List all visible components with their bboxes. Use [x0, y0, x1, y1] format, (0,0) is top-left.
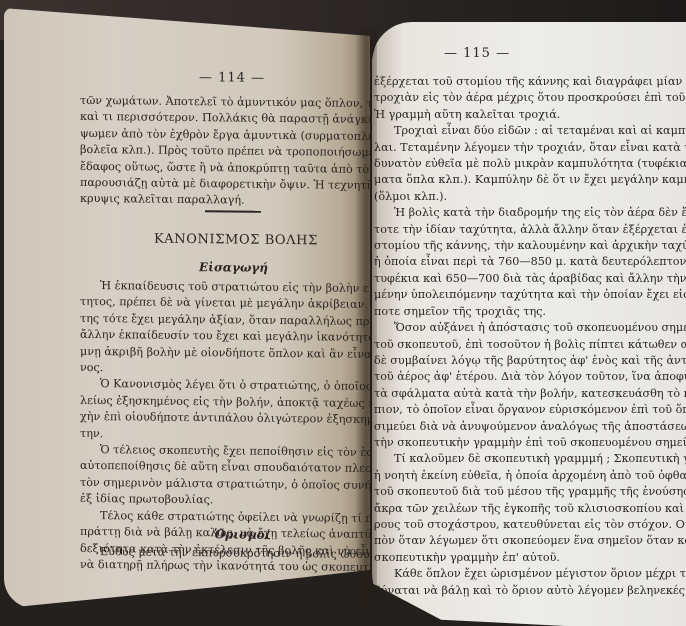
- text-line: τοῦ σκοπευτοῦ, ἐπὶ τοσοῦτον ἡ βολὶς πίπτ…: [374, 337, 644, 353]
- text-line: μνῃ ἀκριβῆ βολὴν μὲ οἱονδήποτε ὅπλον καὶ…: [80, 344, 370, 364]
- text-line: δύναται νὰ βάλῃ καὶ τὸ ὅριον αὐτὸ λέγομε…: [374, 583, 644, 599]
- text-line: δὲ συμβαίνει λόγῳ τῆς βαρύτητος ἀφ' ἑνὸς…: [374, 353, 644, 369]
- text-line: πὸν ὅταν λέγωμεν ὅτι σκοπεύομεν ἕνα σημε…: [374, 533, 644, 549]
- left-top-paragraph: τῶν χωμάτων. Ἀποτελεῖ τὸ ἀμυντικόν μας ὅ…: [80, 93, 370, 211]
- text-line: τοῦ ἀέρος ἀφ' ἑτέρου. Διὰ τὸν λόγον τοῦτ…: [374, 369, 644, 385]
- right-page-body: ἐξέρχεται τοῦ στομίου τῆς κάννης καὶ δια…: [374, 74, 644, 599]
- text-line: Εὐθὺς μετὰ τὴν ἐκπυρσοκρότησιν ἡ βολὶς ὠ…: [80, 544, 370, 564]
- section-divider: [205, 210, 261, 213]
- section-title: ΚΑΝΟΝΙΣΜΟΣ ΒΟΛΗΣ: [154, 232, 318, 249]
- text-line: Τροχιαὶ εἶναι δύο εἰδῶν : αἱ τεταμέναι κ…: [374, 123, 644, 139]
- text-line: σκοπευτικὴν γραμμὴν ἐπ' αὐτοῦ.: [374, 550, 644, 566]
- text-line: κρυψις καλεῖται παραλλαγή.: [80, 191, 370, 211]
- text-line: σιμεύει διὰ νὰ ἀνυψούμενον ἀναλόγως τῆς …: [374, 419, 644, 435]
- text-line: τὰ σφάλματα αὐτὰ κατὰ τὴν βολήν, κατεσκε…: [374, 386, 644, 402]
- subsection-title-introduction: Εἰσαγωγή: [199, 260, 268, 275]
- definitions-body: Εὐθὺς μετὰ τὴν ἐκπυρσοκρότησιν ἡ βολὶς ὠ…: [80, 544, 370, 564]
- text-line: λαι. Τεταμένην λέγομεν τὴν τροχιάν, ὅταν…: [374, 140, 644, 156]
- book-gutter: [355, 30, 377, 610]
- text-line: τροχιὰν εἰς τὸν ἀέρα μέχρις ὅτου προσκρο…: [374, 90, 644, 106]
- text-line: ἡ ὁποία εἶναι περὶ τὰ 760—850 μ. κατὰ δε…: [374, 254, 644, 270]
- text-line: ποτε σημεῖον τῆς τροχιᾶς της.: [374, 304, 644, 320]
- text-line: Τί καλοῦμεν δὲ σκοπευτικὴ γραμμμή ; Σκοπ…: [374, 451, 644, 467]
- text-line: χὴν ἐπὶ οἱουδήποτε ἀντιπάλου ὀλιγώτερον …: [80, 409, 370, 429]
- page-number-right: — 115 —: [444, 46, 510, 61]
- left-page: — 114 — τῶν χωμάτων. Ἀποτελεῖ τὸ ἀμυντικ…: [4, 8, 370, 612]
- text-line: τυφέκια καὶ 650—700 διὰ τὰς ἀραβίδας καὶ…: [374, 271, 644, 287]
- text-line: ρους τοῦ στοχάστρου, κατευθύνεται εἰς τὸ…: [374, 517, 644, 533]
- subsection-title-definitions: Ὁρισμοί: [214, 527, 270, 542]
- text-line: τοῦ σκοπευτοῦ διὰ τοῦ μέσου τῆς γραμμῆς …: [374, 484, 644, 500]
- text-line: (ὅλμοι κλπ.).: [374, 189, 644, 205]
- text-line: ἡ νοητὴ ἐκείνη εὐθεῖα, ἡ ὁποία ἀρχομένη …: [374, 468, 644, 484]
- text-line: ἄκρα τῶν χειλέων τῆς ἐγκοπῆς τοῦ κλισιοσ…: [374, 501, 644, 517]
- right-page: — 115 — ἐξέρχεται τοῦ στομίου τῆς κάννης…: [372, 22, 686, 626]
- text-line: τοτε τὴν ἰδίαν ταχύτητα, ἀλλὰ ἄλλην ὅταν…: [374, 222, 644, 238]
- text-line: μένην ὑπολειπόμενην ταχύτητα καὶ τὴν ὁπο…: [374, 287, 644, 303]
- text-line: στομίου τῆς κάννης, τὴν καλουμένην καὶ ἀ…: [374, 238, 644, 254]
- text-line: τὴν σκοπευτικὴν γραμμὴν ἐπὶ τοῦ σκοπευομ…: [374, 435, 644, 451]
- text-line: Ὅσον αὐξάνει ἡ ἀπόστασις τοῦ σκοπευομένο…: [374, 320, 644, 336]
- text-line: ἐξέρχεται τοῦ στομίου τῆς κάννης καὶ δια…: [374, 74, 644, 90]
- text-line: ματα ὅπλα κλπ.). Καμπύλην δὲ ὅτ ιν ἔχει …: [374, 172, 644, 188]
- text-line: Ἡ γραμμὴ αὕτη καλεῖται τροχιά.: [374, 107, 644, 123]
- page-number-left: — 114 —: [199, 70, 265, 86]
- text-line: Ἡ βολὶς κατὰ τὴν διαδρομήν της εἰς τὸν ἀ…: [374, 205, 644, 221]
- text-line: δυνατὸν εὐθεῖα μὲ πολὺ μικρὰν καμπυλότητ…: [374, 156, 644, 172]
- text-line: Κάθε ὅπλον ἔχει ὡρισμένον μέγιστον ὅριον…: [374, 566, 644, 582]
- text-line: πιον, τὸ ὁποῖον εἶναι ὄργανον εὑρισκόμεν…: [374, 402, 644, 418]
